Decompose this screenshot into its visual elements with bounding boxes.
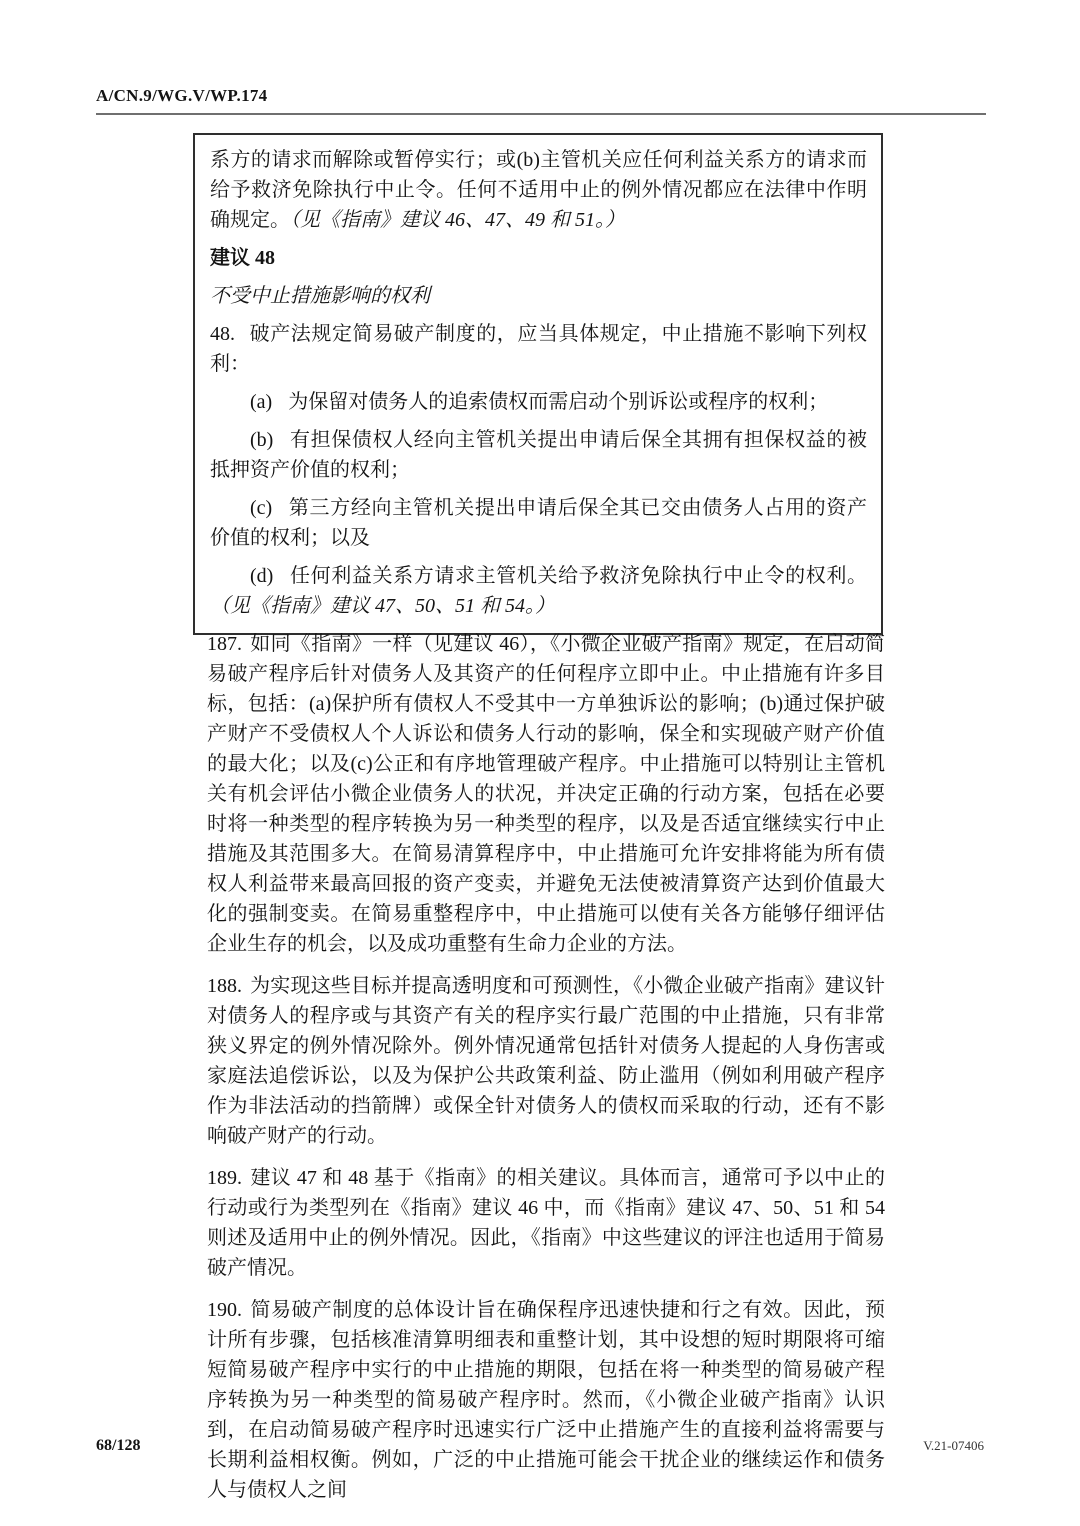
recommendation-item-c: (c)第三方经向主管机关提出申请后保全其已交由债务人占用的资产价值的权利；以及 (210, 493, 867, 553)
paragraph-188-number: 188. (207, 975, 242, 997)
item-a-text: 为保留对债务人的追索债权而需启动个别诉讼或程序的权利； (288, 391, 828, 413)
header-rule (96, 113, 986, 115)
paragraph-189: 189.建议 47 和 48 基于《指南》的相关建议。具体而言，通常可予以中止的… (207, 1163, 885, 1283)
item-c-text: 第三方经向主管机关提出申请后保全其已交由债务人占用的资产价值的权利；以及 (210, 497, 867, 549)
chapeau-number: 48. (210, 323, 235, 345)
item-d-reference: （见《指南》建议 47、50、51 和 54。） (210, 595, 555, 617)
chapeau-text: 破产法规定简易破产制度的，应当具体规定，中止措施不影响下列权利： (210, 323, 867, 375)
recommendation-item-d: (d)任何利益关系方请求主管机关给予救济免除执行中止令的权利。（见《指南》建议 … (210, 561, 867, 621)
recommendation-subtitle: 不受中止措施影响的权利 (210, 281, 867, 311)
paragraph-189-text: 建议 47 和 48 基于《指南》的相关建议。具体而言，通常可予以中止的行动或行… (207, 1167, 885, 1279)
paragraph-190-text: 简易破产制度的总体设计旨在确保程序迅速快捷和行之有效。因此，预计所有步骤，包括核… (207, 1299, 885, 1501)
continuation-reference: （见《指南》建议 46、47、49 和 51。） (290, 209, 625, 231)
document-symbol: A/CN.9/WG.V/WP.174 (96, 86, 986, 106)
item-b-text: 有担保债权人经向主管机关提出申请后保全其拥有担保权益的被抵押资产价值的权利； (210, 429, 867, 481)
page-header: A/CN.9/WG.V/WP.174 (96, 86, 986, 115)
paragraph-190: 190.简易破产制度的总体设计旨在确保程序迅速快捷和行之有效。因此，预计所有步骤… (207, 1295, 885, 1505)
document-page: A/CN.9/WG.V/WP.174 系方的请求而解除或暂停实行；或(b)主管机… (0, 0, 1080, 1526)
item-b-label: (b) (250, 429, 273, 451)
recommendation-box: 系方的请求而解除或暂停实行；或(b)主管机关应任何利益关系方的请求而给予救济免除… (193, 133, 883, 635)
paragraph-189-number: 189. (207, 1167, 242, 1189)
item-c-label: (c) (250, 497, 272, 519)
paragraph-188: 188.为实现这些目标并提高透明度和可预测性，《小微企业破产指南》建议针对债务人… (207, 971, 885, 1151)
item-d-label: (d) (250, 565, 273, 587)
body-content: 187.如同《指南》一样（见建议 46），《小微企业破产指南》规定，在启动简易破… (207, 629, 885, 1517)
recommendation-item-a: (a)为保留对债务人的追索债权而需启动个别诉讼或程序的权利； (210, 387, 867, 417)
recommendation-chapeau: 48.破产法规定简易破产制度的，应当具体规定，中止措施不影响下列权利： (210, 319, 867, 379)
paragraph-187-number: 187. (207, 633, 242, 655)
recommendation-heading: 建议 48 (210, 243, 867, 273)
document-id: V.21-07406 (923, 1438, 984, 1454)
page-footer: 68/128 V.21-07406 (96, 1437, 984, 1455)
paragraph-187-text: 如同《指南》一样（见建议 46），《小微企业破产指南》规定，在启动简易破产程序后… (207, 633, 885, 955)
item-d-text: 任何利益关系方请求主管机关给予救济免除执行中止令的权利。 (289, 565, 867, 587)
paragraph-187: 187.如同《指南》一样（见建议 46），《小微企业破产指南》规定，在启动简易破… (207, 629, 885, 959)
paragraph-188-text: 为实现这些目标并提高透明度和可预测性，《小微企业破产指南》建议针对债务人的程序或… (207, 975, 885, 1147)
paragraph-190-number: 190. (207, 1299, 242, 1321)
recommendation-continuation: 系方的请求而解除或暂停实行；或(b)主管机关应任何利益关系方的请求而给予救济免除… (210, 145, 867, 235)
recommendation-item-b: (b)有担保债权人经向主管机关提出申请后保全其拥有担保权益的被抵押资产价值的权利… (210, 425, 867, 485)
item-a-label: (a) (250, 391, 272, 413)
page-number: 68/128 (96, 1437, 140, 1455)
